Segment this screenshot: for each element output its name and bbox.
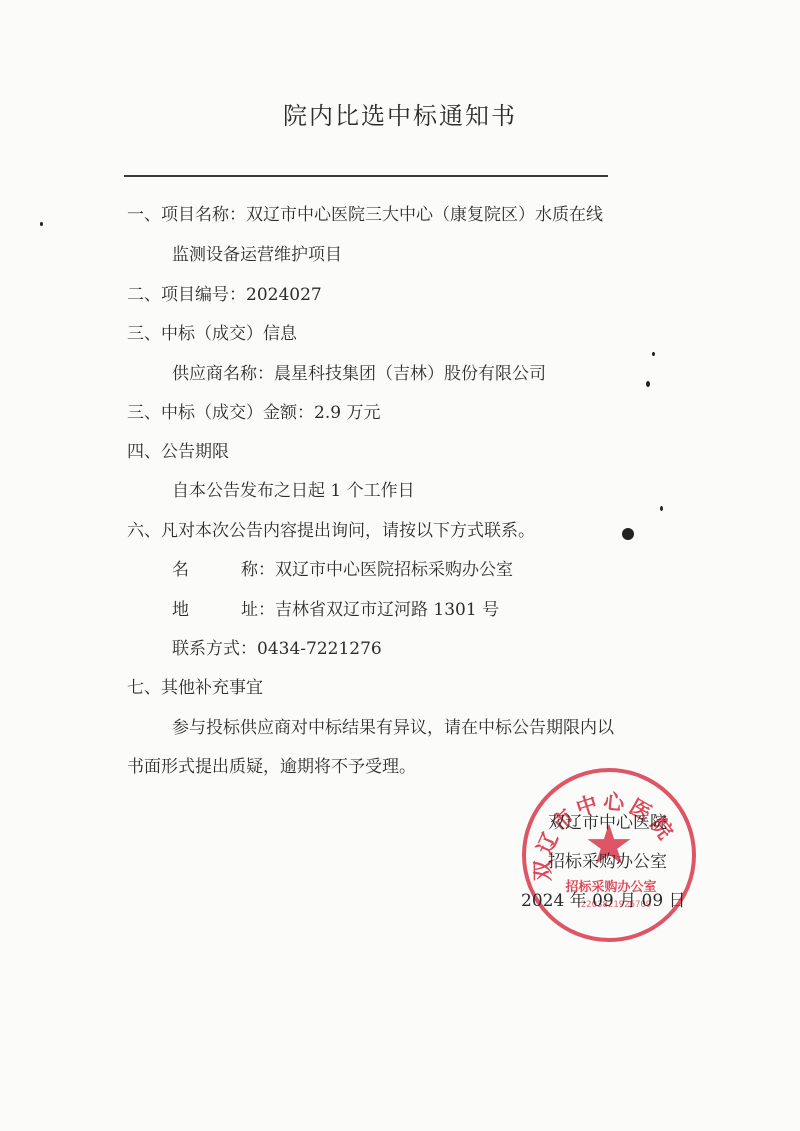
project-name-value-1: 双辽市中心医院三大中心（康复院区）水质在线 [246,205,603,225]
contact-name-value: 双辽市中心医院招标采购办公室 [275,560,513,580]
scan-speck [40,222,43,226]
contact-name-label-a: 名 [172,560,189,580]
contact-phone: 联系方式：0434-7221276 [172,639,382,659]
other-heading: 七、其他补充事宜 [127,678,263,698]
project-name-line1: 一、项目名称：双辽市中心医院三大中心（康复院区）水质在线 [127,205,603,225]
contact-name-row: 名称：双辽市中心医院招标采购办公室 [172,560,513,580]
project-number: 二、项目编号：2024027 [127,285,322,305]
project-name-label: 一、项目名称： [127,205,246,225]
signature-date: 2024 年 09 月 09 日 [521,886,686,911]
document-page: 院内比选中标通知书 一、项目名称：双辽市中心医院三大中心（康复院区）水质在线 监… [0,0,800,1131]
award-info-heading: 三、中标（成交）信息 [127,324,297,344]
scan-speck [646,381,650,387]
contact-address-label-b: 址： [241,600,275,620]
contact-name-label-b: 称： [241,560,275,580]
contact-address-row: 地址：吉林省双辽市辽河路 1301 号 [172,600,499,620]
award-amount: 三、中标（成交）金额：2.9 万元 [127,403,380,423]
contact-address-label-a: 地 [172,600,189,620]
notice-period-heading: 四、公告期限 [127,442,229,462]
supplier-name: 供应商名称：晨星科技集团（吉林）股份有限公司 [172,364,546,384]
document-title: 院内比选中标通知书 [0,96,800,131]
signature-org-line2: 招标采购办公室 [548,847,667,872]
scan-speck [660,506,663,511]
other-text-line1: 参与投标供应商对中标结果有异议，请在中标公告期限内以 [172,718,614,738]
signature-org-line1: 双辽市中心医院 [548,808,667,833]
notice-period-text: 自本公告发布之日起 1 个工作日 [172,481,415,501]
contact-heading: 六、凡对本次公告内容提出询问，请按以下方式联系。 [127,521,535,541]
title-divider [124,175,608,177]
other-text-line2: 书面形式提出质疑，逾期将不予受理。 [127,757,416,777]
project-name-line2: 监测设备运营维护项目 [172,245,342,265]
contact-address-value: 吉林省双辽市辽河路 1301 号 [275,600,499,620]
scan-speck [652,352,655,356]
scan-speck [622,528,634,540]
